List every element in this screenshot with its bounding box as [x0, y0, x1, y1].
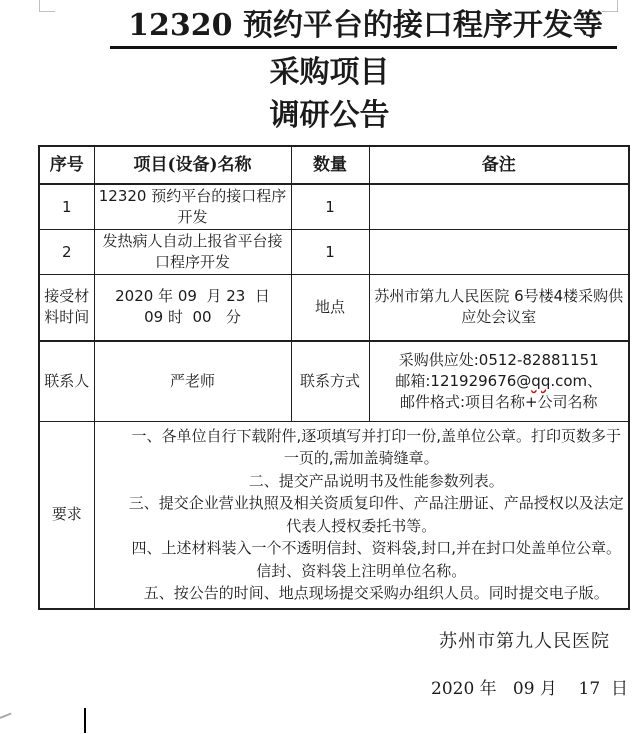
contact-email-spellcheck: qq: [531, 372, 550, 390]
table-row-contact: 联系人 严老师 联系方式 采购供应处:0512-82881151 邮箱:1219…: [39, 341, 629, 422]
text-cursor[interactable]: [84, 708, 86, 733]
item-1-remark: [369, 184, 629, 230]
place-label: 地点: [291, 275, 369, 341]
table-row-accept-time: 接受材料时间 2020 年 09 月 23 日 09 时 00 分 地点 苏州市…: [39, 275, 629, 341]
requirements-label: 要求: [39, 422, 94, 609]
header-name: 项目(设备)名称: [94, 146, 291, 184]
page-title-text: 12320 预约平台的接口程序开发等: [110, 8, 617, 49]
item-2-remark: [369, 230, 629, 275]
header-seq: 序号: [39, 146, 94, 184]
accept-time-value: 2020 年 09 月 23 日 09 时 00 分: [94, 275, 291, 341]
contact-mail-format: 邮件格式:项目名称+公司名称: [372, 392, 627, 413]
requirement-item-2: 二、提交产品说明书及性能参数列表。: [97, 470, 627, 493]
requirement-item-5: 五、按公告的时间、地点现场提交采购办组织人员。同时提交电子版。: [97, 582, 627, 605]
document-page: { "doc": { "title_line1": "12320 预约平台的接口…: [0, 0, 639, 734]
table-row-item-1: 1 12320 预约平台的接口程序开发 1: [39, 184, 629, 230]
item-2-name: 发热病人自动上报省平台接口程序开发: [94, 230, 291, 275]
item-2-seq: 2: [39, 230, 94, 275]
page-title: 12320 预约平台的接口程序开发等: [0, 8, 639, 49]
page-subtitle-project: 采购项目: [0, 56, 639, 90]
requirements-content: 一、各单位自行下载附件,逐项填写并打印一份,盖单位公章。打印页数多于一页的,需加…: [94, 422, 629, 609]
contact-method-label: 联系方式: [291, 341, 369, 422]
accept-time-label: 接受材料时间: [39, 275, 94, 341]
requirement-item-1: 一、各单位自行下载附件,逐项填写并打印一份,盖单位公章。打印页数多于一页的,需加…: [97, 425, 627, 470]
place-value: 苏州市第九人民医院 6号楼4楼采购供应处会议室: [369, 275, 629, 341]
procurement-table: 序号 项目(设备)名称 数量 备注 1 12320 预约平台的接口程序开发 1 …: [38, 145, 630, 610]
table-row-requirements: 要求 一、各单位自行下载附件,逐项填写并打印一份,盖单位公章。打印页数多于一页的…: [39, 422, 629, 609]
contact-phone: 采购供应处:0512-82881151: [372, 350, 627, 371]
contact-email-suffix: .com、: [550, 372, 602, 390]
pointer-artifact: [0, 713, 12, 719]
requirement-item-3: 三、提交企业营业执照及相关资质复印件、产品注册证、产品授权以及法定代表人授权委托…: [97, 492, 627, 537]
contact-method-value: 采购供应处:0512-82881151 邮箱:121929676@qq.com、…: [369, 341, 629, 422]
accept-date-line: 2020 年 09 月 23 日: [97, 286, 289, 307]
item-1-name: 12320 预约平台的接口程序开发: [94, 184, 291, 230]
contact-label: 联系人: [39, 341, 94, 422]
item-1-seq: 1: [39, 184, 94, 230]
table-row-item-2: 2 发热病人自动上报省平台接口程序开发 1: [39, 230, 629, 275]
contact-email-prefix: 邮箱:121929676@: [395, 372, 531, 390]
page-subtitle-notice: 调研公告: [0, 99, 639, 133]
contact-person: 严老师: [94, 341, 291, 422]
item-1-qty: 1: [291, 184, 369, 230]
signature-organization: 苏州市第九人民医院: [0, 627, 639, 653]
table-header-row: 序号 项目(设备)名称 数量 备注: [39, 146, 629, 184]
requirement-item-4: 四、上述材料装入一个不透明信封、资料袋,封口,并在封口处盖单位公章。信封、资料袋…: [97, 537, 627, 582]
accept-hour-line: 09 时 00 分: [97, 307, 289, 328]
signature-date: 2020 年 09 月 17 日: [0, 674, 639, 699]
item-2-qty: 1: [291, 230, 369, 275]
header-qty: 数量: [291, 146, 369, 184]
contact-email: 邮箱:121929676@qq.com、: [372, 371, 627, 392]
header-remark: 备注: [369, 146, 629, 184]
